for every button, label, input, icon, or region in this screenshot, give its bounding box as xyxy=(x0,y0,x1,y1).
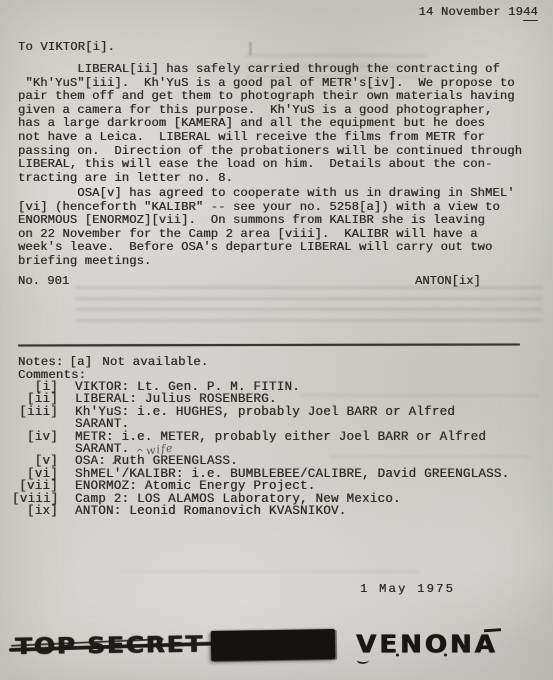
redaction-block xyxy=(211,629,336,661)
letter-line: pair them off and get them to photograph… xyxy=(18,90,522,104)
comment-row: [iii] Kh'YuS: i.e. HUGHES, probably Joel… xyxy=(12,406,547,431)
letter-line: OSA[v] has agreed to cooperate with us i… xyxy=(18,187,515,201)
comment-label: [v] xyxy=(12,455,58,467)
release-date: 1 May 1975 xyxy=(360,582,455,596)
letter-line: on 22 November for the Camp 2 area [viii… xyxy=(18,228,515,242)
bleedthrough-artifact xyxy=(75,286,543,326)
letter-line: LIBERAL, this will ease the load on him.… xyxy=(18,158,522,172)
letter-line: LIBERAL[ii] has safely carried through t… xyxy=(18,63,522,77)
comment-text: ENORMOZ: Atomic Energy Project. xyxy=(75,480,315,492)
notes-label: Notes: xyxy=(18,355,64,369)
note-a-text: Not available. xyxy=(102,355,208,369)
handwritten-arrow-icon: ↗ xyxy=(110,453,122,468)
letter-line: not have a Leica. LIBERAL will receive t… xyxy=(18,131,522,145)
letter-line: given a camera for this purpose. Kh'YuS … xyxy=(18,104,522,118)
salutation: To VIKTOR[i]. xyxy=(18,40,115,54)
stamp-artifact-dot xyxy=(396,654,399,657)
letter-line: has a large darkroom [KAMERA] and all th… xyxy=(18,117,522,131)
letter-line: "Kh'YuS"[iii]. Kh'YuS is a good pal of M… xyxy=(18,77,522,91)
document-date-underlined: 44 xyxy=(523,5,538,21)
top-secret-stamp: TOP SECRET xyxy=(15,632,204,660)
comment-row: [iv] METR: i.e. METER, probably either J… xyxy=(12,431,547,456)
venona-stamp: VENONA xyxy=(356,631,498,660)
letter-paragraph-2: OSA[v] has agreed to cooperate with us i… xyxy=(18,187,515,269)
stamp-artifact-squiggle xyxy=(357,656,370,665)
note-a-label: [a] xyxy=(70,355,93,369)
stamp-artifact-macron xyxy=(484,628,501,631)
notes-row: Notes: [a] Not available. xyxy=(18,355,208,369)
comment-text: LIBERAL: Julius ROSENBERG. xyxy=(75,393,277,405)
letter-paragraph-1: LIBERAL[ii] has safely carried through t… xyxy=(18,63,522,185)
comment-label: [ix] xyxy=(12,505,58,517)
letter-line: tracting are in letter no. 8. xyxy=(18,172,522,186)
handwritten-caret-icon: ^ xyxy=(135,447,145,459)
comment-text: Kh'YuS: i.e. HUGHES, probably Joel BARR … xyxy=(75,406,455,431)
letter-line: briefing meetings. xyxy=(18,255,515,269)
scanned-document-page: 14 November 1944 To VIKTOR[i]. LIBERAL[i… xyxy=(0,0,553,680)
reference-number: No. 901 xyxy=(18,274,69,288)
document-date-prefix: 14 November 19 xyxy=(419,5,524,19)
letter-line: passing on. Direction of the probationer… xyxy=(18,145,522,159)
comment-text: OSA: Ruth GREENGLASS. xyxy=(75,455,238,467)
signature-codename: ANTON[ix] xyxy=(415,274,481,288)
bleedthrough-artifact xyxy=(120,570,420,580)
comment-label: [ii] xyxy=(12,393,58,405)
horizontal-divider xyxy=(18,343,520,346)
comment-label: [vii] xyxy=(12,480,58,492)
comment-row: [ix] ANTON: Leonid Romanovich KVASNIKOV. xyxy=(12,505,547,517)
letter-line: ENORMOUS [ENORMOZ][vii]. On summons from… xyxy=(18,214,515,228)
comment-row: [v] OSA: Ruth GREENGLASS. xyxy=(12,455,547,467)
letter-line: [vi] (henceforth "KALIBR" -- see your no… xyxy=(18,201,515,215)
comment-row: [vii] ENORMOZ: Atomic Energy Project. xyxy=(12,480,547,492)
comments-list: [i] VIKTOR: Lt. Gen. P. M. FITIN. [ii] L… xyxy=(12,381,547,517)
document-date: 14 November 1944 xyxy=(419,5,538,19)
comment-label: [iv] xyxy=(12,431,58,443)
venona-stamp-text: VENONA xyxy=(356,631,498,660)
comment-label: [iii] xyxy=(12,406,58,418)
letter-line: week's leave. Before OSA's departure LIB… xyxy=(18,241,515,255)
comment-text: ANTON: Leonid Romanovich KVASNIKOV. xyxy=(75,505,347,517)
comment-row: [ii] LIBERAL: Julius ROSENBERG. xyxy=(12,393,547,405)
stamp-artifact-dot xyxy=(444,654,447,657)
bleedthrough-artifact xyxy=(249,42,252,55)
